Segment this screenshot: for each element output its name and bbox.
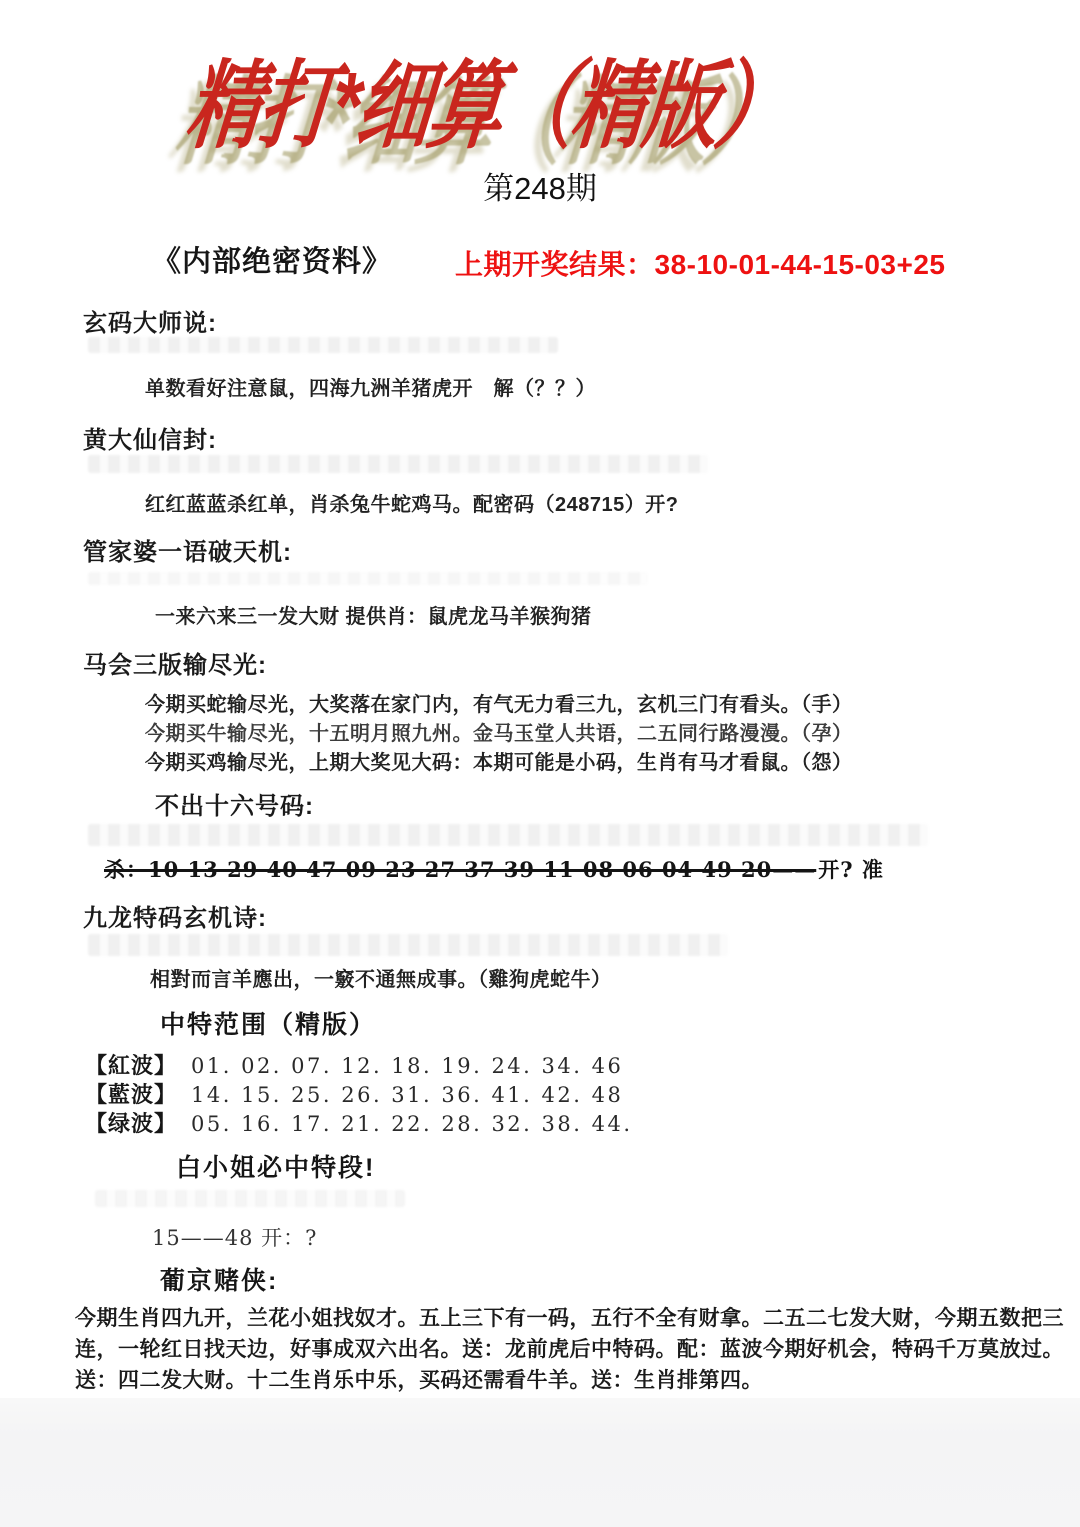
issue-number: 第248期 bbox=[0, 163, 1080, 208]
faded-text-artifact bbox=[88, 934, 728, 956]
masthead-title: 精打*细算（精版） bbox=[181, 30, 796, 167]
wave-row-blue: 【藍波】14. 15. 25. 26. 31. 36. 41. 42. 48 bbox=[85, 1078, 623, 1109]
footer-scan-band bbox=[0, 1398, 1080, 1527]
masthead: 精打*细算（精版） bbox=[196, 30, 896, 170]
last-draw-result-value: 38-10-01-44-15-03+25 bbox=[655, 249, 946, 280]
faded-text-artifact bbox=[88, 337, 558, 353]
section-heading-buchu: 不出十六号码: bbox=[155, 786, 314, 821]
section-heading-baixiaojie: 白小姐必中特段! bbox=[176, 1148, 375, 1184]
section-heading-xuanma: 玄码大师说: bbox=[83, 303, 217, 338]
section-heading-jiulong: 九龙特码玄机诗: bbox=[83, 898, 267, 933]
section-heading-mahui: 马会三版输尽光: bbox=[83, 645, 267, 680]
doc-secret-label: 《内部绝密资料》 bbox=[152, 239, 392, 280]
last-draw-result-label: 上期开奖结果： bbox=[455, 249, 655, 280]
pujing-paragraph: 今期生肖四九开，兰花小姐找奴才。五上三下有一码，五行不全有财拿。二五二七发大财，… bbox=[75, 1303, 1035, 1396]
faded-text-artifact bbox=[88, 455, 708, 473]
faded-text-artifact bbox=[88, 824, 928, 846]
xuanma-tip: 单数看好注意鼠，四海九洲羊猪虎开 解（？？） bbox=[145, 372, 596, 401]
guanjiapo-tip: 一来六来三一发大财 提供肖：鼠虎龙马羊猴狗猪 bbox=[155, 600, 592, 629]
wave-label-red: 【紅波】 bbox=[85, 1053, 177, 1078]
faded-text-artifact bbox=[95, 1190, 405, 1207]
baixiaojie-range: 15——48 开：? bbox=[152, 1222, 317, 1252]
jiulong-poem: 相對而言羊應出，一竅不通無成事。（雞狗虎蛇牛） bbox=[150, 963, 612, 992]
section-heading-pujing: 葡京赌侠: bbox=[160, 1261, 278, 1297]
wave-label-blue: 【藍波】 bbox=[85, 1082, 177, 1107]
section-heading-zhongte: 中特范围（精版） bbox=[160, 1005, 376, 1041]
last-draw-result: 上期开奖结果：38-10-01-44-15-03+25 bbox=[455, 243, 946, 283]
kill-numbers-line: 杀：10 13 29 40 47 09 23 27 37 39 11 08 06… bbox=[104, 854, 884, 884]
mahui-line-3: 今期买鸡输尽光，上期大奖见大码：本期可能是小码，生肖有马才看鼠。（怨） bbox=[145, 746, 853, 775]
kill-numbers-result: 开? 准 bbox=[818, 857, 884, 882]
wave-row-green: 【绿波】05. 16. 17. 21. 22. 28. 32. 38. 44. bbox=[85, 1107, 633, 1138]
wave-numbers-green: 05. 16. 17. 21. 22. 28. 32. 38. 44. bbox=[191, 1112, 632, 1136]
wave-numbers-red: 01. 02. 07. 12. 18. 19. 24. 34. 46 bbox=[191, 1054, 623, 1078]
kill-numbers-struck: 杀：10 13 29 40 47 09 23 27 37 39 11 08 06… bbox=[104, 857, 816, 882]
section-heading-guanjiapo: 管家婆一语破天机: bbox=[83, 532, 292, 567]
pujing-line-3: 送：四二发大财。十二生肖乐中乐，买码还需看牛羊。送：生肖排第四。 bbox=[75, 1365, 1035, 1396]
section-heading-huangdaxian: 黄大仙信封: bbox=[83, 420, 217, 455]
mahui-line-1: 今期买蛇输尽光，大奖落在家门内，有气无力看三九，玄机三门有看头。（手） bbox=[145, 688, 853, 717]
mahui-line-2: 今期买牛输尽光，十五明月照九州。金马玉堂人共语，二五同行路漫漫。（孕） bbox=[145, 717, 853, 746]
pujing-line-2: 连，一轮红日找天边，好事成双六出名。送：龙前虎后中特码。配：蓝波今期好机会，特码… bbox=[75, 1334, 1035, 1365]
wave-row-red: 【紅波】01. 02. 07. 12. 18. 19. 24. 34. 46 bbox=[85, 1049, 623, 1080]
pujing-line-1: 今期生肖四九开，兰花小姐找奴才。五上三下有一码，五行不全有财拿。二五二七发大财，… bbox=[75, 1303, 1035, 1334]
faded-text-artifact bbox=[88, 572, 648, 585]
huangdaxian-tip: 红红蓝蓝杀红单，肖杀兔牛蛇鸡马。配密码（248715）开? bbox=[145, 488, 678, 517]
wave-numbers-blue: 14. 15. 25. 26. 31. 36. 41. 42. 48 bbox=[191, 1083, 623, 1107]
wave-label-green: 【绿波】 bbox=[85, 1111, 177, 1136]
